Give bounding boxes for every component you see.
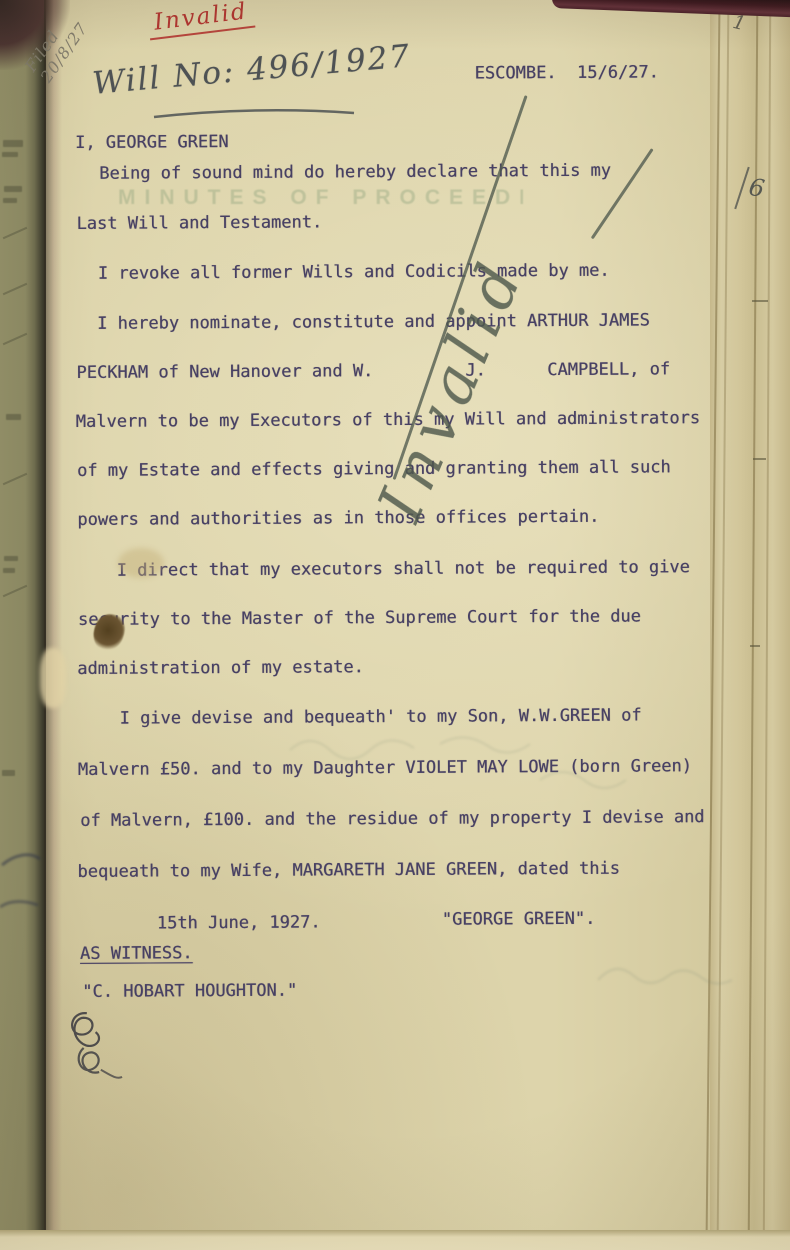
will-number-underline — [150, 104, 360, 122]
page-bottom-edge — [0, 1230, 790, 1250]
typed-line: I direct that my executors shall not be … — [117, 557, 690, 581]
dated-line: 15th June, 1927. — [157, 912, 321, 933]
paper-discoloration — [118, 548, 164, 578]
typed-line: security to the Master of the Supreme Co… — [78, 606, 641, 629]
paper-scuff — [40, 648, 66, 708]
clerk-initials-scribble — [52, 997, 144, 1102]
testator-signature: "GEORGE GREEN". — [442, 909, 596, 930]
typed-line: bequeath to my Wife, MARGARETH JANE GREE… — [77, 859, 620, 882]
typed-line: I hereby nominate, constitute and appoin… — [97, 310, 650, 333]
typed-line: I, GEORGE GREEN — [75, 132, 229, 153]
typed-line: Last Will and Testament. — [76, 212, 322, 234]
typed-line: of Malvern, £100. and the residue of my … — [80, 807, 704, 831]
scanned-will-document: MINUTES OF PROCEEDINGS ESCOMBE. 15/6/27.… — [0, 0, 790, 1250]
typed-line: Malvern to be my Executors of this my Wi… — [76, 408, 700, 432]
header-firm-date: ESCOMBE. 15/6/27. — [475, 62, 659, 83]
typed-line: Being of sound mind do hereby declare th… — [99, 161, 611, 184]
witness-heading: AS WITNESS. — [80, 943, 193, 964]
typed-line: administration of my estate. — [77, 657, 364, 679]
typed-line: PECKHAM of New Hanover and W. J. CAMPBEL… — [76, 359, 670, 383]
show-through-writing — [280, 720, 700, 810]
typed-line: powers and authorities as in those offic… — [77, 507, 599, 530]
show-through-writing — [590, 940, 740, 1000]
